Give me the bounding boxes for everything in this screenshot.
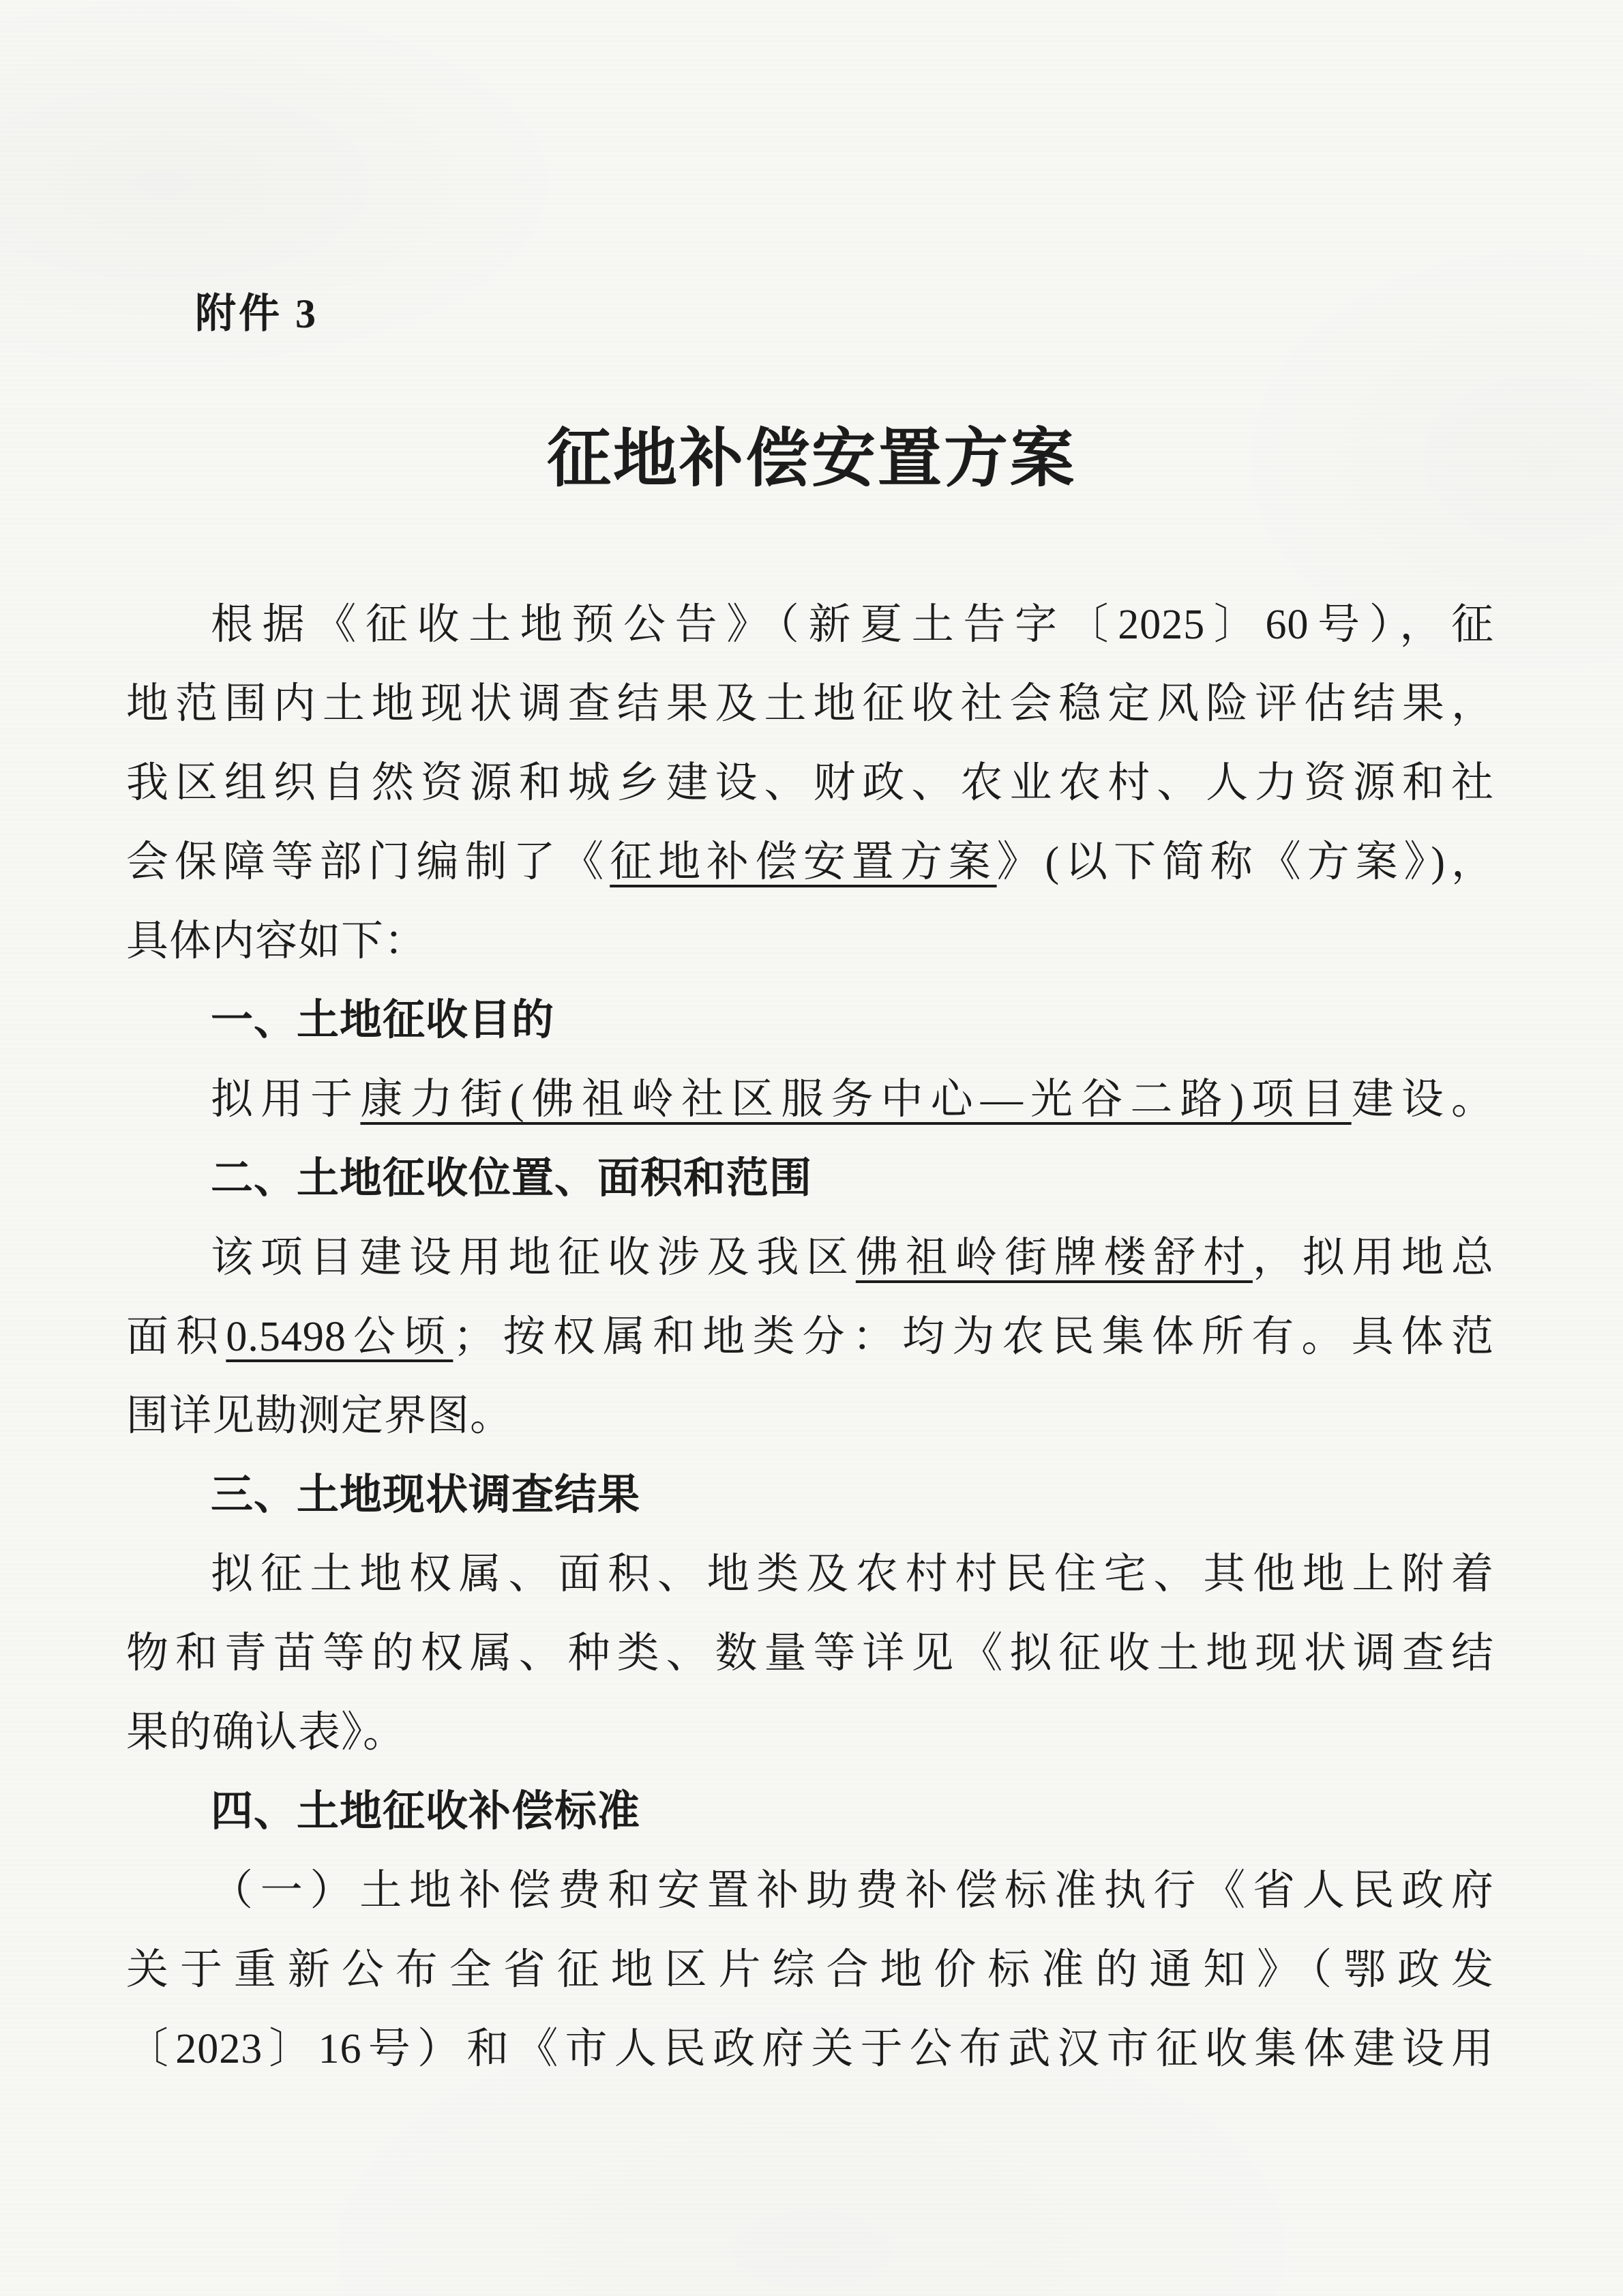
text-segment: 四、土地征收补偿标准 bbox=[211, 1788, 640, 1835]
underlined-text: 0.5498公顷 bbox=[226, 1314, 453, 1360]
document-line: 围详见勘测定界图。 bbox=[126, 1377, 1494, 1456]
text-segment: 三、土地现状调查结果 bbox=[211, 1471, 640, 1518]
text-segment: 物和青苗等的权属、种类、数量等详见《拟征收土地现状调查结 bbox=[126, 1630, 1494, 1677]
section-heading: 一、土地征收目的 bbox=[126, 981, 1494, 1060]
text-segment: 〔2023〕16号）和《市人民政府关于公布武汉市征收集体建设用 bbox=[126, 2026, 1494, 2072]
text-segment: 该项目建设用地征收涉及我区 bbox=[211, 1235, 856, 1281]
document-line: 该项目建设用地征收涉及我区佛祖岭街牌楼舒村，拟用地总 bbox=[126, 1218, 1494, 1297]
document-line: 会保障等部门编制了《征地补偿安置方案》(以下简称《方案》)， bbox=[126, 823, 1494, 902]
document-line: 〔2023〕16号）和《市人民政府关于公布武汉市征收集体建设用 bbox=[126, 2010, 1494, 2089]
underlined-text: 康力街(佛祖岭社区服务中心—光谷二路)项目 bbox=[360, 1076, 1351, 1123]
text-segment: 建设。 bbox=[1352, 1076, 1494, 1123]
text-segment: 围详见勘测定界图。 bbox=[126, 1393, 513, 1439]
text-segment: 拟征土地权属、面积、地类及农村村民住宅、其他地上附着 bbox=[211, 1551, 1494, 1598]
text-segment: ，拟用地总 bbox=[1253, 1235, 1494, 1281]
document-line: 关于重新公布全省征地区片综合地价标准的通知》（鄂政发 bbox=[126, 1930, 1494, 2010]
document-line: 物和青苗等的权属、种类、数量等详见《拟征收土地现状调查结 bbox=[126, 1614, 1494, 1693]
text-segment: 会保障等部门编制了《 bbox=[126, 839, 610, 885]
text-segment: 我区组织自然资源和城乡建设、财政、农业农村、人力资源和社 bbox=[126, 760, 1494, 806]
attachment-label: 附件 3 bbox=[195, 289, 318, 338]
document-title: 征地补偿安置方案 bbox=[0, 420, 1623, 497]
text-segment: 地范围内土地现状调查结果及土地征收社会稳定风险评估结果， bbox=[126, 681, 1494, 727]
text-segment: （一）土地补偿费和安置补助费补偿标准执行《省人民政府 bbox=[211, 1868, 1494, 1914]
text-segment: 拟用于 bbox=[211, 1076, 360, 1123]
section-heading: 四、土地征收补偿标准 bbox=[126, 1772, 1494, 1851]
text-segment: 二、土地征收位置、面积和范围 bbox=[211, 1155, 812, 1202]
text-segment: 》(以下简称《方案》)， bbox=[997, 839, 1494, 885]
text-segment: 根据《征收土地预公告》（新夏土告字〔2025〕60号），征 bbox=[211, 602, 1494, 648]
document-line: 拟用于康力街(佛祖岭社区服务中心—光谷二路)项目建设。 bbox=[126, 1060, 1494, 1139]
document-line: （一）土地补偿费和安置补助费补偿标准执行《省人民政府 bbox=[126, 1851, 1494, 1930]
document-line: 拟征土地权属、面积、地类及农村村民住宅、其他地上附着 bbox=[126, 1535, 1494, 1614]
document-line: 地范围内土地现状调查结果及土地征收社会稳定风险评估结果， bbox=[126, 664, 1494, 744]
document-line: 具体内容如下： bbox=[126, 902, 1494, 981]
document-line: 根据《征收土地预公告》（新夏土告字〔2025〕60号），征 bbox=[126, 585, 1494, 664]
text-segment: ；按权属和地类分：均为农民集体所有。具体范 bbox=[453, 1314, 1494, 1360]
text-segment: 具体内容如下： bbox=[126, 918, 427, 965]
underlined-text: 征地补偿安置方案 bbox=[610, 839, 996, 885]
document-line: 面积0.5498公顷；按权属和地类分：均为农民集体所有。具体范 bbox=[126, 1297, 1494, 1377]
document-line: 我区组织自然资源和城乡建设、财政、农业农村、人力资源和社 bbox=[126, 744, 1494, 823]
section-heading: 二、土地征收位置、面积和范围 bbox=[126, 1139, 1494, 1218]
text-segment: 关于重新公布全省征地区片综合地价标准的通知》（鄂政发 bbox=[126, 1947, 1494, 1993]
document-page: 附件 3 征地补偿安置方案 根据《征收土地预公告》（新夏土告字〔2025〕60号… bbox=[0, 0, 1623, 2296]
section-heading: 三、土地现状调查结果 bbox=[126, 1456, 1494, 1535]
document-body: 根据《征收土地预公告》（新夏土告字〔2025〕60号），征地范围内土地现状调查结… bbox=[126, 585, 1494, 2089]
text-segment: 果的确认表》。 bbox=[126, 1709, 406, 1756]
text-segment: 一、土地征收目的 bbox=[211, 997, 554, 1044]
text-segment: 面积 bbox=[126, 1314, 226, 1360]
document-line: 果的确认表》。 bbox=[126, 1693, 1494, 1772]
underlined-text: 佛祖岭街牌楼舒村 bbox=[856, 1235, 1253, 1281]
